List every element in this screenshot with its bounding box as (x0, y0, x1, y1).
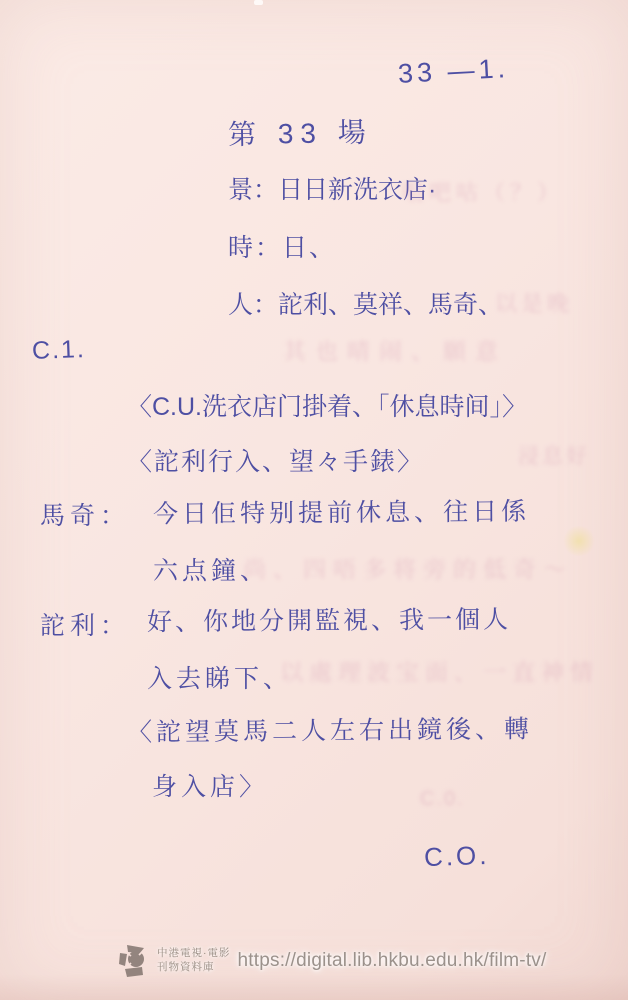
bleedthrough-text: C.0. (420, 788, 465, 811)
bleedthrough-text: 以處理波宝面、一直神情 (280, 654, 599, 687)
bleedthrough-text: 其也晴闹、願意 (283, 333, 507, 366)
scene-heading: 第 33 場 (228, 111, 373, 154)
bleedthrough-text: 咀吧咕（？） (402, 176, 564, 207)
library-name-line1: 中港電視·電影 (157, 947, 231, 961)
cut-in-marker: C.1. (32, 335, 87, 366)
cut-out-marker: C.O. (423, 840, 489, 873)
stage-direction: 〈詑利行入、望々手錶〉 (127, 442, 424, 478)
library-name: 中港電視·電影 刊物資料庫 (157, 947, 231, 974)
bleedthrough-text: 尚、四唔多将旁的低奇～ (243, 551, 573, 584)
paper-speck (254, 0, 263, 5)
dialogue-speaker: 馬奇： (40, 496, 130, 532)
scene-cast: 人：詑利、莫祥、馬奇、 (228, 285, 503, 321)
dialogue-text: 今日佢特别提前休息、往日係 (153, 492, 530, 531)
scanned-script-page: 33 —1. 第 33 場 景：日日新洗衣店· 時：日、 人：詑利、莫祥、馬奇、… (0, 0, 628, 1000)
dialogue-text: 入去睇下、 (147, 659, 292, 695)
closing-direction: 身入店〉 (152, 767, 268, 803)
bleedthrough-text: 以是晚 (495, 287, 573, 318)
page-number: 33 —1. (397, 53, 510, 90)
dialogue-speaker: 詑利： (40, 606, 130, 642)
bleedthrough-text: 浸息好 (518, 440, 590, 470)
library-watermark: 中港電視·電影 刊物資料庫 https://digital.lib.hkbu.e… (118, 944, 546, 978)
film-light-logo-icon (118, 944, 150, 978)
watermark-url: https://digital.lib.hkbu.edu.hk/film-tv/ (238, 950, 547, 972)
dialogue-text: 好、你地分開監視、我一個人 (147, 600, 511, 639)
camera-direction: 〈C.U.洗衣店门掛着、「休息時间」〉 (127, 387, 527, 423)
closing-direction: 〈詑望莫馬二人左右出鏡後、轉 (127, 709, 533, 749)
page-bottom-shadow (0, 974, 628, 1000)
library-name-line2: 刊物資料庫 (157, 961, 231, 975)
scene-time: 時：日、 (228, 228, 336, 264)
